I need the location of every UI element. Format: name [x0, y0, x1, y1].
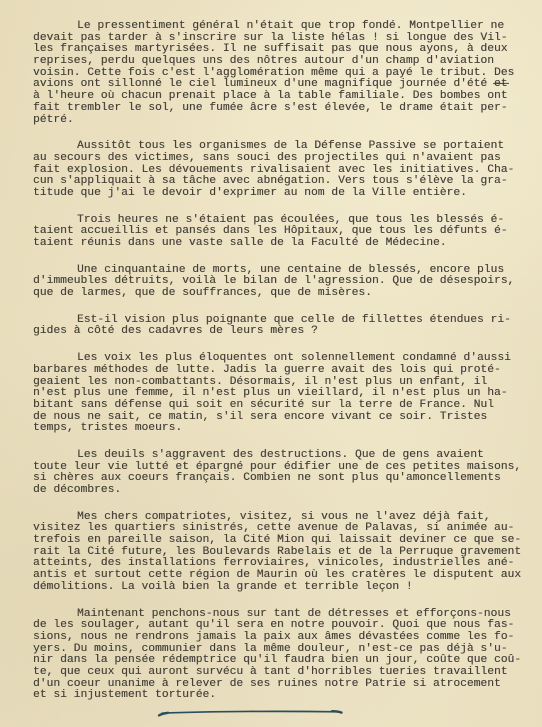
paragraph-7: Les deuils s'aggravent des destructions.… [33, 450, 533, 497]
text-line: pétré. [33, 115, 533, 127]
text-line: reprises, perdu quelques uns des nôtres … [33, 56, 533, 68]
text-line: de décombres. [33, 485, 533, 497]
paragraph-6: Les voix les plus éloquentes ont solenne… [33, 353, 533, 435]
paragraph-4: Une cinquantaine de morts, une centaine … [33, 265, 533, 300]
paragraph-8: Mes chers compatriotes, visitez, si vous… [33, 512, 533, 594]
text-line: Les deuils s'aggravent des destructions.… [33, 450, 533, 462]
text-line: gides à côté des cadavres de leurs mères… [33, 326, 533, 338]
ink-rule [155, 705, 345, 719]
document-body: Le pressentiment général n'était que tro… [33, 21, 533, 702]
struck-word: et [494, 78, 508, 90]
text-line: et si injustement torturée. [33, 690, 533, 702]
text-line: te, que ceux qui auront survécu à tant d… [33, 667, 533, 679]
paragraph-5: Est-il vision plus poignante que celle d… [33, 315, 533, 338]
text-line: démolitions. La voilà bien la grande et … [33, 582, 533, 594]
text-line: Le pressentiment général n'était que tro… [33, 21, 533, 33]
text-line: taient réunis dans une vaste salle de la… [33, 238, 533, 250]
text-line: trefois en pareille saison, la Cité Mion… [33, 535, 533, 547]
paragraph-3: Trois heures ne s'étaient pas écoulées, … [33, 215, 533, 250]
paragraph-1: Le pressentiment général n'était que tro… [33, 21, 533, 126]
text-line: titude que j'ai le devoir d'exprimer au … [33, 188, 533, 200]
document-page: Le pressentiment général n'était que tro… [0, 0, 542, 727]
text-line: bitant sans défense qui soit en sécurité… [33, 400, 533, 412]
paragraph-9: Maintenant penchons-nous sur tant de dét… [33, 609, 533, 703]
text-line: temps, tristes moeurs. [33, 423, 533, 435]
text-line: barbares méthodes de lutte. Jadis la gue… [33, 365, 533, 377]
paragraph-2: Aussitôt tous les organismes de la Défen… [33, 141, 533, 199]
text-line: que de larmes, que de souffrances, que d… [33, 288, 533, 300]
text-line: sions, nous ne rendrons jamais la paix a… [33, 632, 533, 644]
text-line: fait trembler le sol, une fumée âcre s'e… [33, 103, 533, 115]
text-line: au secours des victimes, sans souci des … [33, 153, 533, 165]
